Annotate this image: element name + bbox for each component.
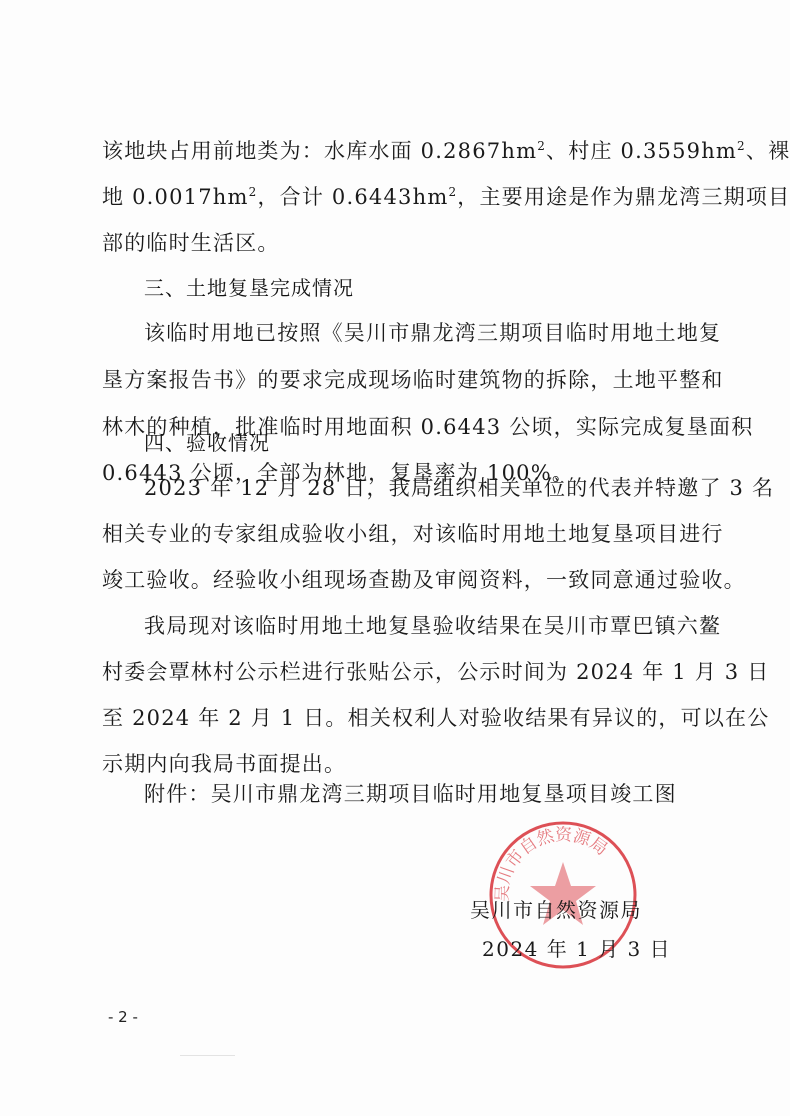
section-4-heading: 四、验收情况 bbox=[144, 428, 270, 458]
section-3-heading: 三、土地复垦完成情况 bbox=[144, 273, 354, 303]
text-span: 该地块占用前地类为：水库水面 0.2867hm bbox=[102, 139, 537, 163]
text-span: 、裸 bbox=[746, 139, 790, 163]
section-4-para-1-line-3: 竣工验收。经验收小组现场查勘及审阅资料，一致同意通过验收。 bbox=[102, 565, 746, 595]
land-use-line-1: 该地块占用前地类为：水库水面 0.2867hm2、村庄 0.3559hm2、裸 bbox=[102, 136, 790, 166]
page-number: - 2 - bbox=[108, 1008, 138, 1026]
section-4-para-2-line-4: 示期内向我局书面提出。 bbox=[102, 749, 346, 779]
section-3-line-1: 该临时用地已按照《吴川市鼎龙湾三期项目临时用地土地复 bbox=[144, 318, 721, 348]
text-span: 地 0.0017hm bbox=[102, 185, 249, 209]
section-4-para-2-line-3: 至 2024 年 2 月 1 日。相关权利人对验收结果有异议的，可以在公 bbox=[102, 703, 769, 733]
text-span: ，合计 0.6443hm bbox=[257, 185, 448, 209]
signature-organization: 吴川市自然资源局 bbox=[470, 895, 642, 925]
section-4-para-2-line-2: 村委会覃林村公示栏进行张贴公示，公示时间为 2024 年 1 月 3 日 bbox=[102, 657, 769, 687]
land-use-line-2: 地 0.0017hm2，合计 0.6443hm2，主要用途是作为鼎龙湾三期项目 bbox=[102, 182, 790, 212]
attachment-note: 附件：吴川市鼎龙湾三期项目临时用地复垦项目竣工图 bbox=[144, 779, 677, 809]
text-span: ，主要用途是作为鼎龙湾三期项目 bbox=[457, 185, 790, 209]
superscript: 2 bbox=[537, 139, 546, 153]
superscript: 2 bbox=[448, 185, 457, 199]
document-page: 该地块占用前地类为：水库水面 0.2867hm2、村庄 0.3559hm2、裸 … bbox=[0, 0, 790, 1116]
section-4-para-2-line-1: 我局现对该临时用地土地复垦验收结果在吴川市覃巴镇六鳌 bbox=[144, 611, 721, 641]
section-4-para-1-line-1: 2023 年 12 月 28 日，我局组织相关单位的代表并特邀了 3 名 bbox=[144, 473, 774, 503]
divider bbox=[180, 1055, 235, 1056]
section-3-line-2: 垦方案报告书》的要求完成现场临时建筑物的拆除，土地平整和 bbox=[102, 365, 724, 395]
land-use-line-3: 部的临时生活区。 bbox=[102, 228, 280, 258]
signature-date: 2024 年 1 月 3 日 bbox=[482, 934, 671, 964]
superscript: 2 bbox=[737, 139, 746, 153]
text-span: 、村庄 0.3559hm bbox=[546, 139, 737, 163]
section-4-para-1-line-2: 相关专业的专家组成验收小组，对该临时用地土地复垦项目进行 bbox=[102, 519, 724, 549]
